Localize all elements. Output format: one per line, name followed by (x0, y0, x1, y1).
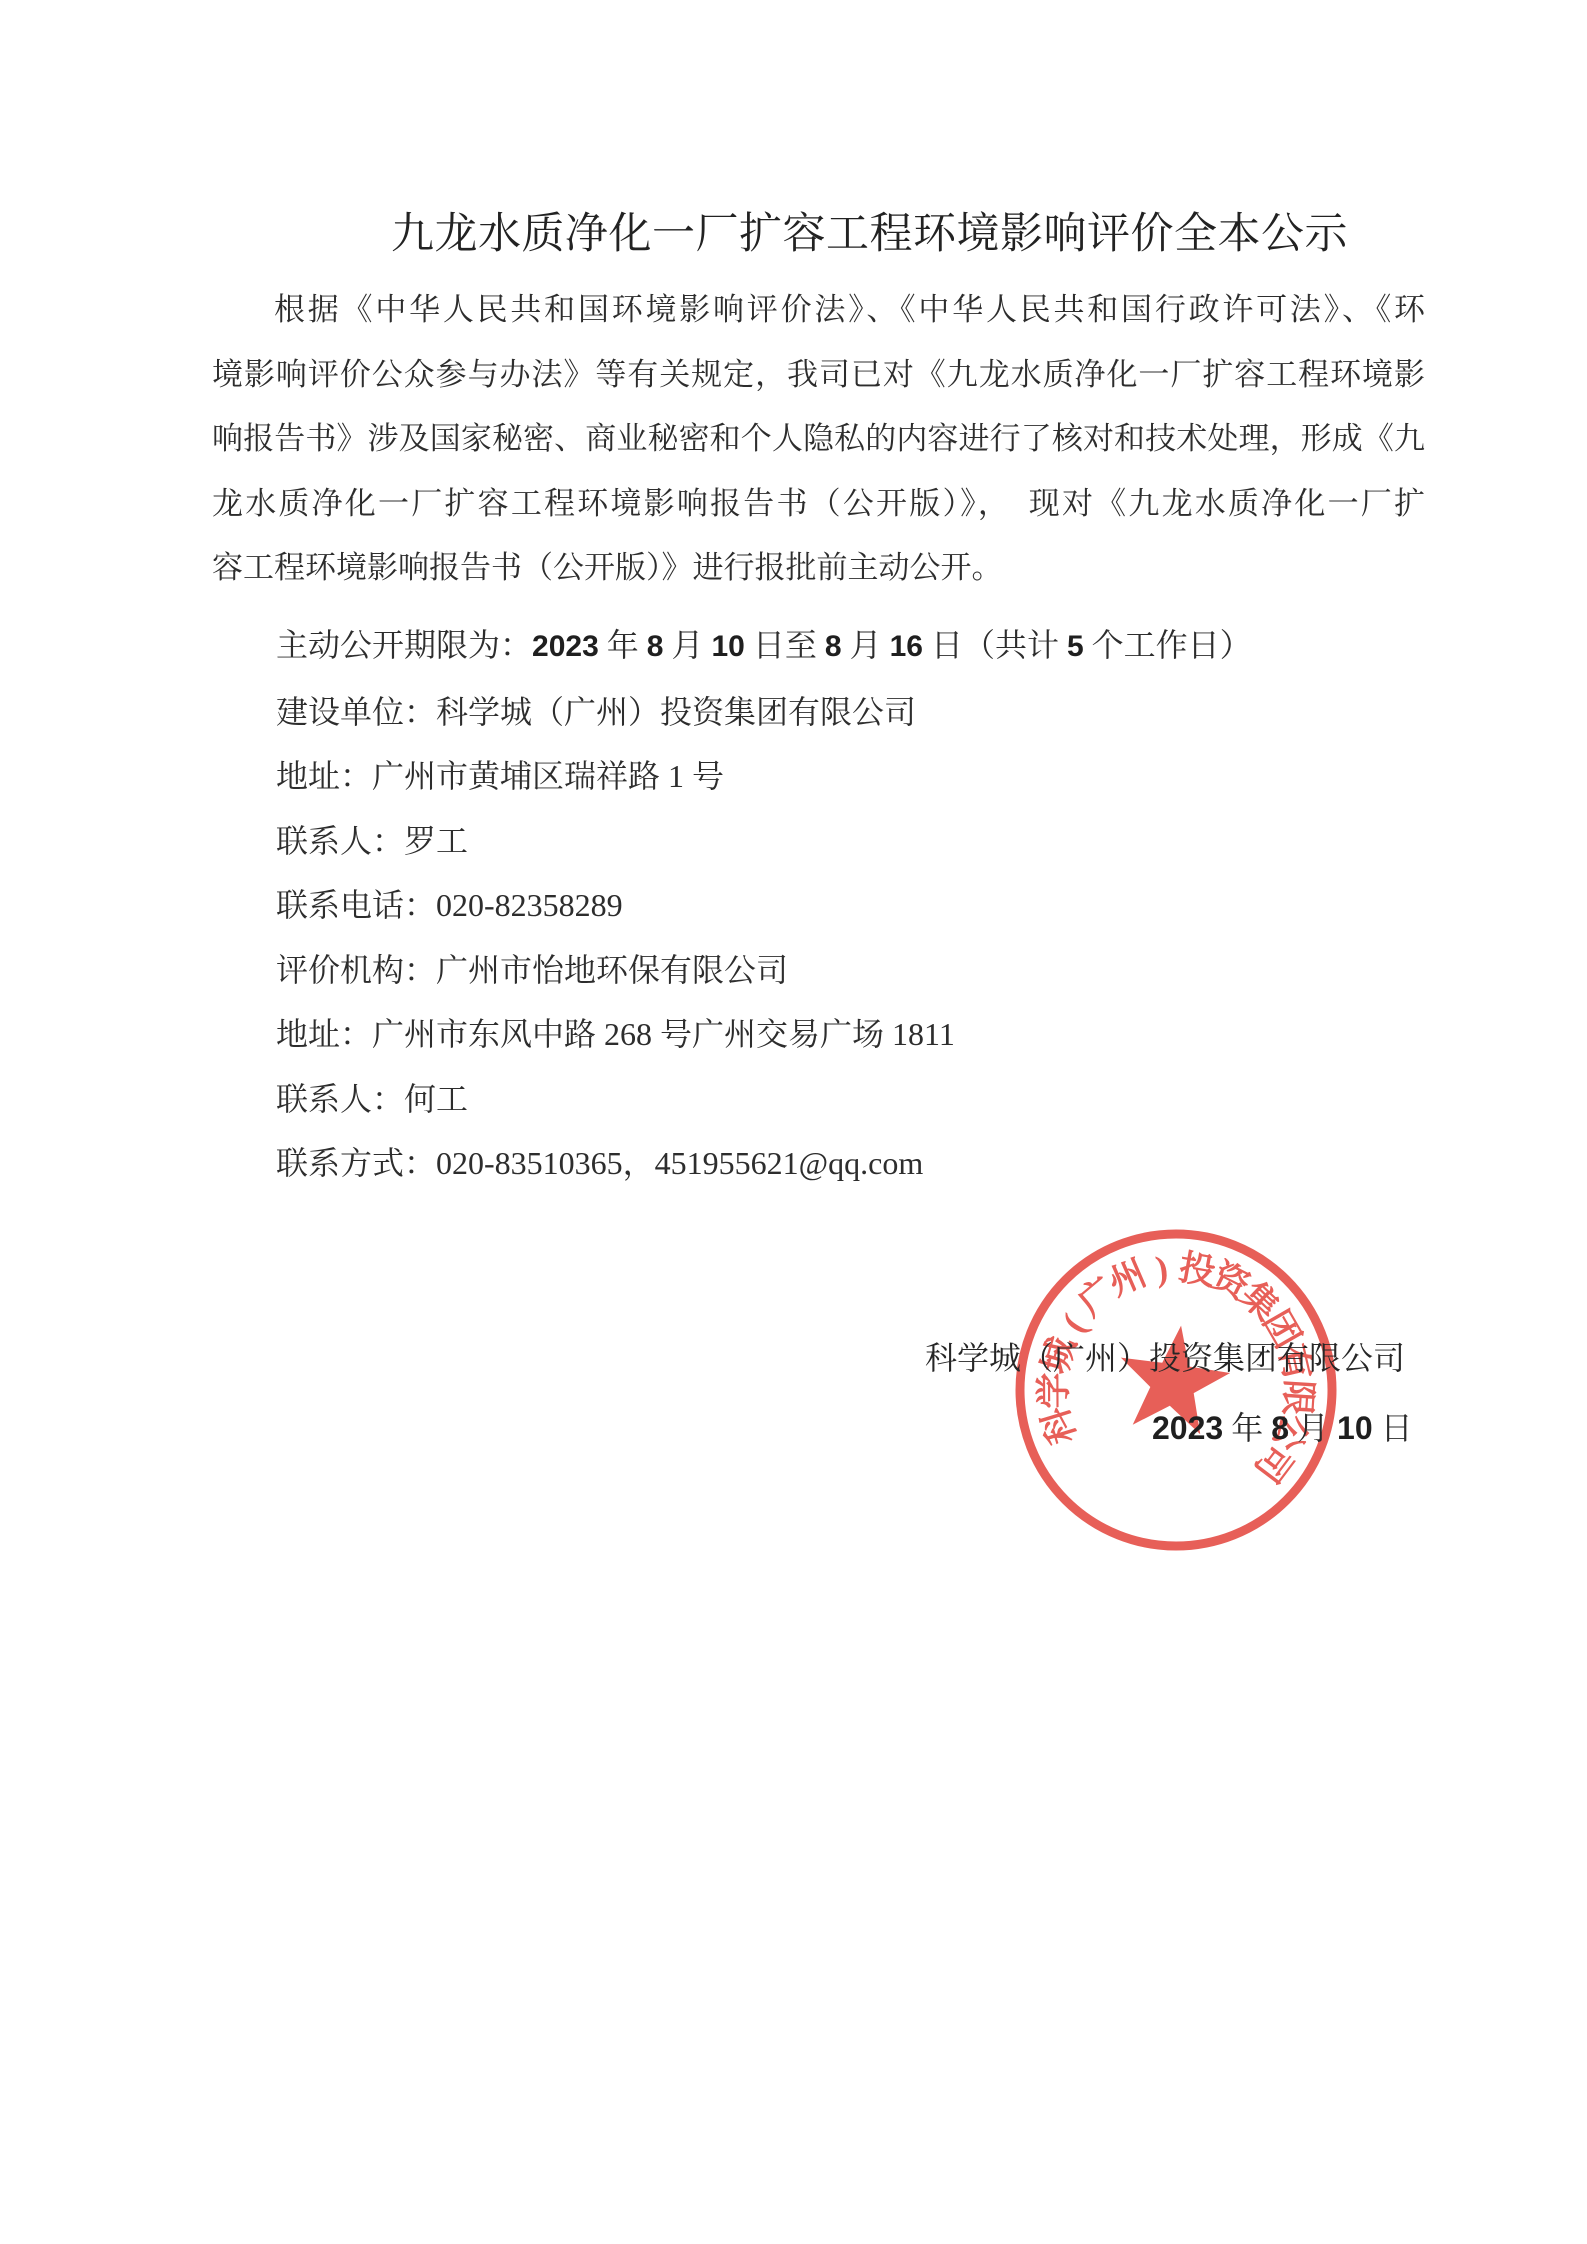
intro-paragraph: 根据《中华人民共和国环境影响评价法》、《中华人民共和国行政许可法》、《环 境影响… (212, 278, 1425, 601)
agency-contact-info-line: 联系方式：020-83510365，451955621@qq.com (212, 1131, 1472, 1196)
svg-text:): ) (1153, 1248, 1170, 1289)
company-seal: 科学城(广州)投资集团有限公司 (1006, 1220, 1346, 1560)
unit-address-line: 地址：广州市黄埔区瑞祥路 1 号 (212, 744, 1472, 809)
unit-contact-person-line: 联系人：罗工 (212, 809, 1472, 874)
construction-unit-line: 建设单位：科学城（广州）投资集团有限公司 (212, 680, 1472, 745)
document-page: 九龙水质净化一厂扩容工程环境影响评价全本公示 根据《中华人民共和国环境影响评价法… (0, 0, 1587, 2244)
paragraph-line: 响报告书》涉及国家秘密、商业秘密和个人隐私的内容进行了核对和技术处理，形成《九 (212, 407, 1425, 472)
unit-phone-line: 联系电话：020-82358289 (212, 873, 1472, 938)
paragraph-line: 根据《中华人民共和国环境影响评价法》、《中华人民共和国行政许可法》、《环 (212, 278, 1425, 343)
document-title: 九龙水质净化一厂扩容工程环境影响评价全本公示 (391, 200, 1348, 261)
contact-details: 主动公开期限为：2023 年 8 月 10 日至 8 月 16 日（共计 5 个… (212, 613, 1472, 1196)
paragraph-line: 龙水质净化一厂扩容工程环境影响报告书（公开版）》， 现对《九龙水质净化一厂扩 (212, 472, 1425, 537)
paragraph-line: 境影响评价公众参与办法》等有关规定，我司已对《九龙水质净化一厂扩容工程环境影 (212, 343, 1425, 408)
publicity-period-line: 主动公开期限为：2023 年 8 月 10 日至 8 月 16 日（共计 5 个… (212, 613, 1472, 680)
evaluation-agency-line: 评价机构：广州市怡地环保有限公司 (212, 938, 1472, 1003)
agency-address-line: 地址：广州市东风中路 268 号广州交易广场 1811 (212, 1002, 1472, 1067)
signature-company: 科学城（广州）投资集团有限公司 (925, 1326, 1405, 1390)
signature-date: 2023 年 8 月 10 日 (1152, 1396, 1413, 1460)
agency-contact-person-line: 联系人：何工 (212, 1067, 1472, 1132)
paragraph-line: 容工程环境影响报告书（公开版）》进行报批前主动公开。 (212, 536, 1425, 601)
